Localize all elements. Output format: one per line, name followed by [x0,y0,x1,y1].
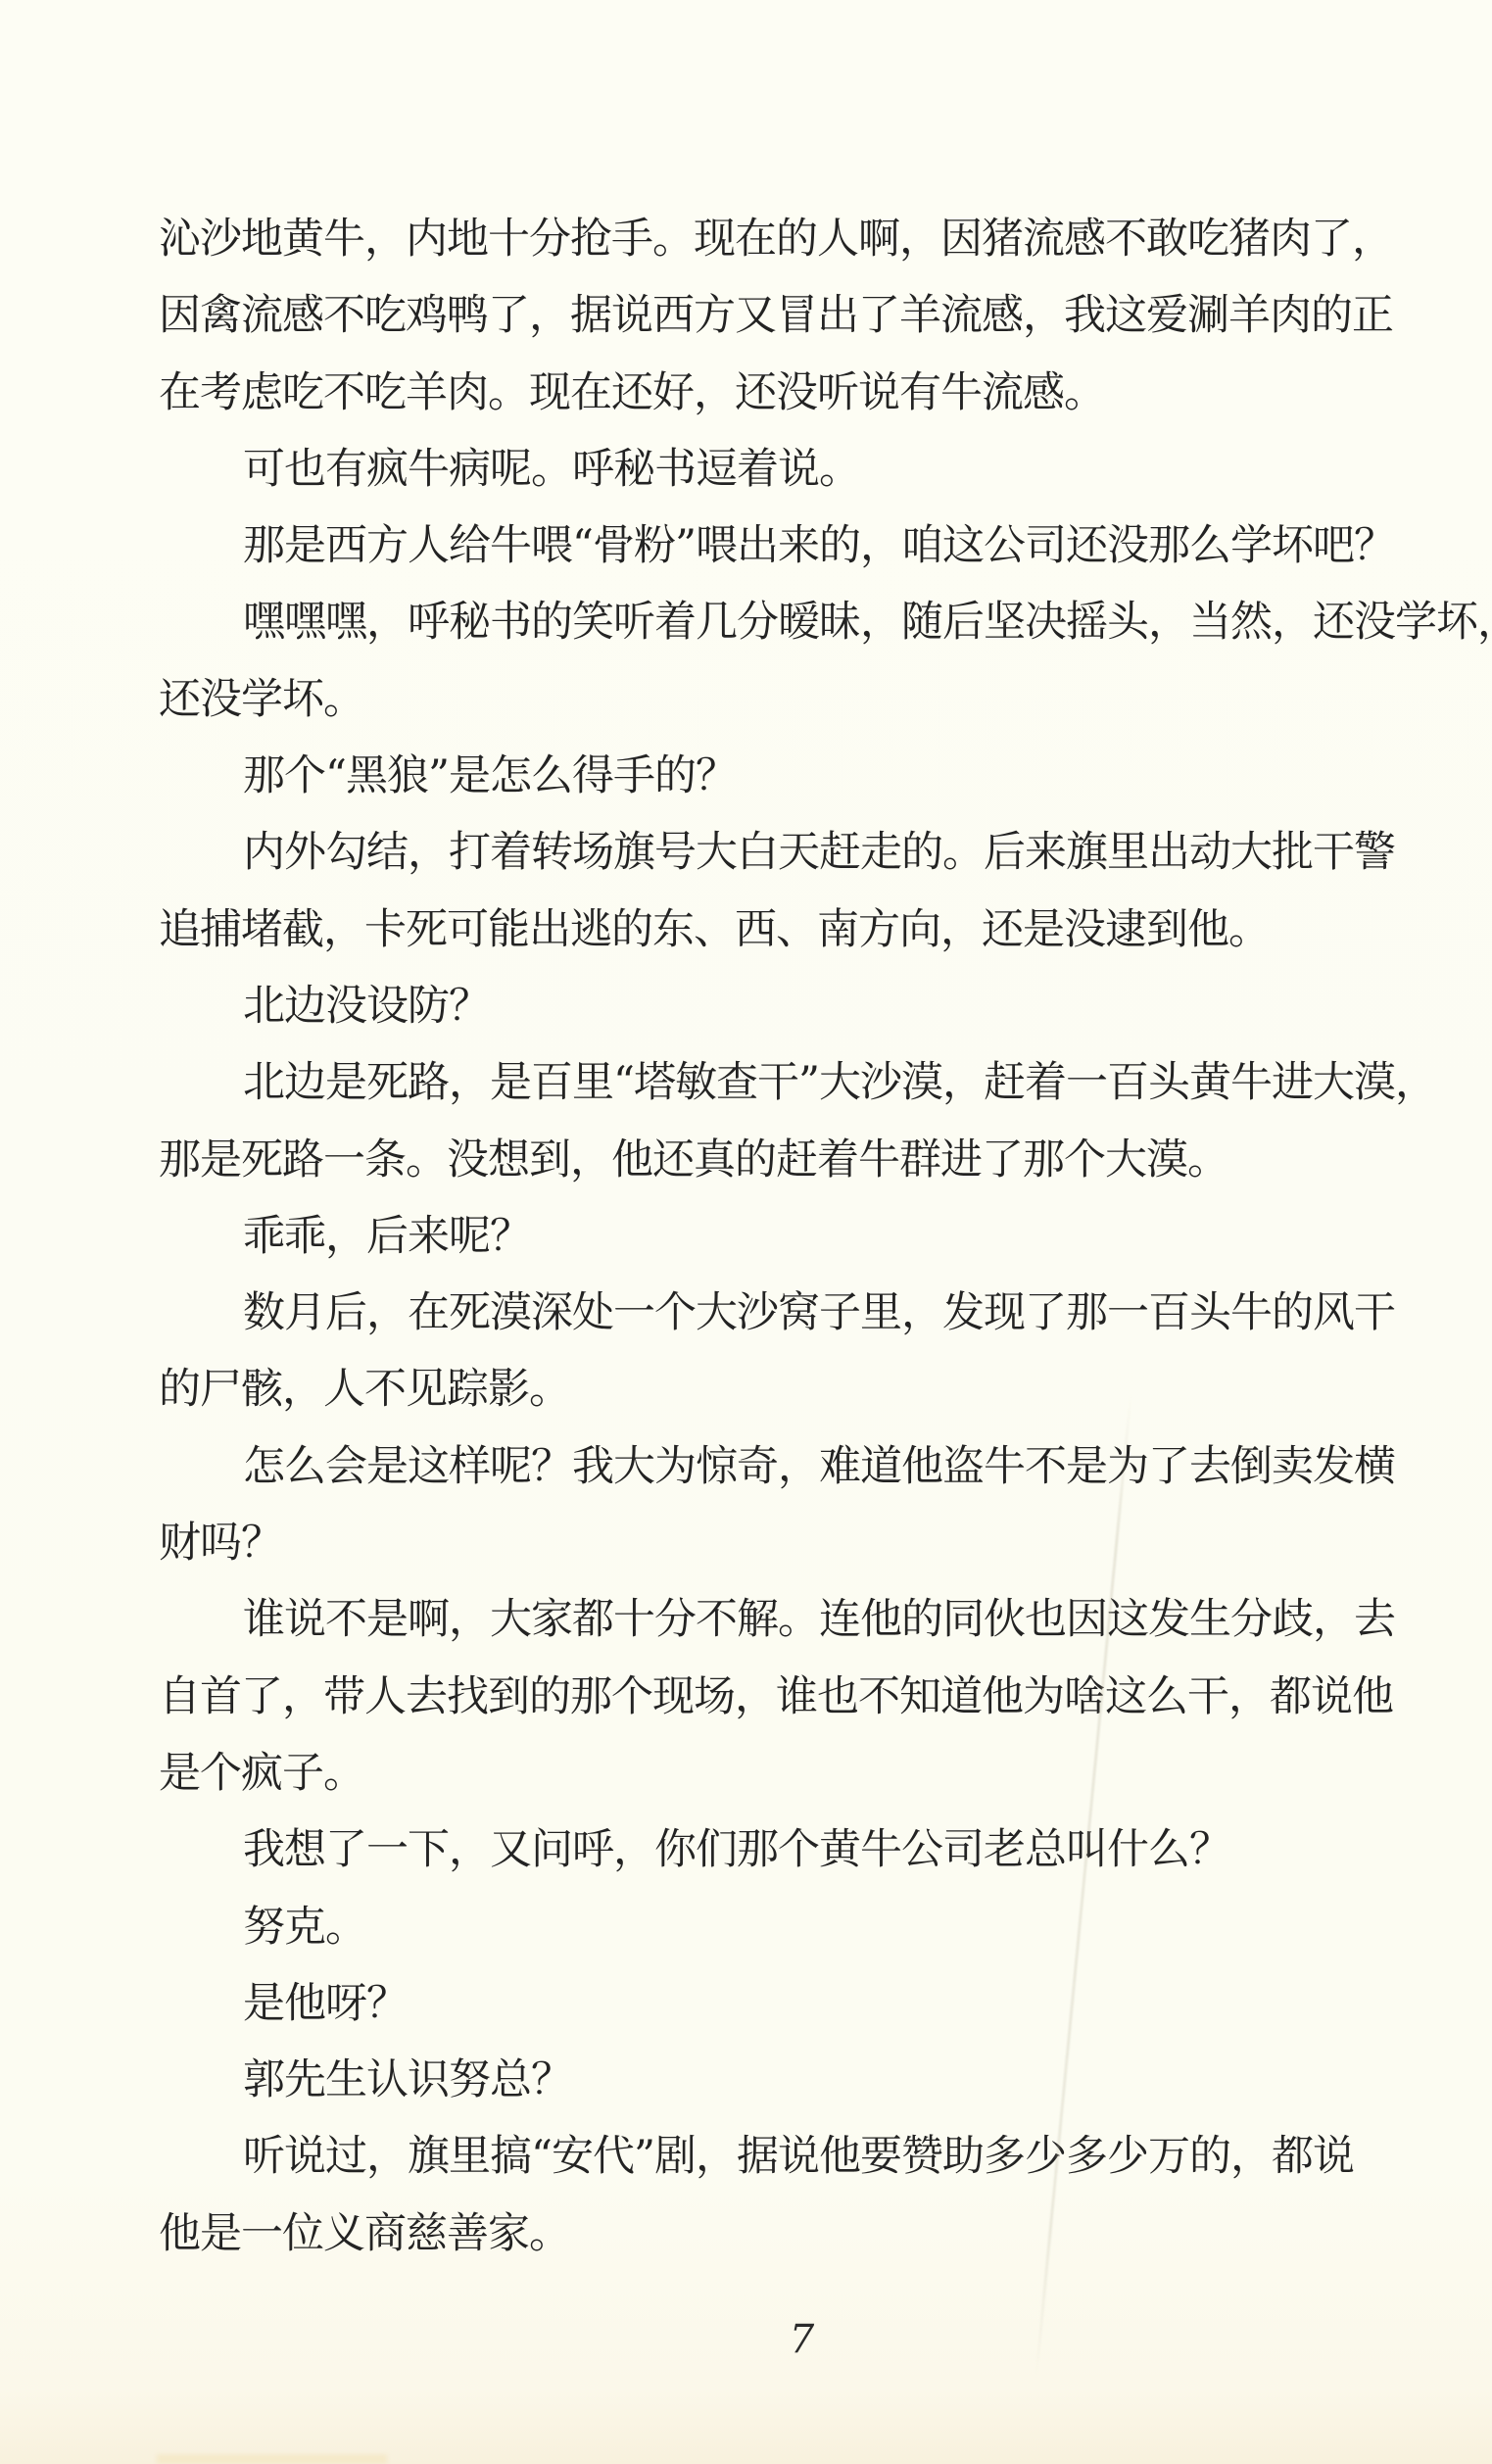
text-line: 北边没设防？ [159,968,1373,1044]
text-line: 那个“黑狼”是怎么得手的？ [159,738,1373,814]
text-line: 自首了，带人去找到的那个现场，谁也不知道他为啥这么干，都说他 [159,1659,1373,1735]
text-line: 是个疯子。 [159,1735,1373,1812]
text-line: 那是死路一条。没想到，他还真的赶着牛群进了那个大漠。 [159,1122,1373,1198]
text-line: 可也有疯牛病呢。呼秘书逗着说。 [159,431,1373,507]
page-number-value: 7 [790,2317,814,2362]
text-line: 是他呀？ [159,1965,1373,2042]
text-line: 嘿嘿嘿，呼秘书的笑听着几分暧昧，随后坚决摇头，当然，还没学坏， [159,584,1373,660]
page-number: 7 [0,2317,1492,2362]
scan-shadow [157,2454,387,2464]
text-line: 听说过，旗里搞“安代”剧，据说他要赞助多少多少万的，都说 [159,2118,1373,2195]
text-line: 他是一位义商慈善家。 [159,2196,1373,2272]
text-line: 北边是死路，是百里“塔敏查干”大沙漠，赶着一百头黄牛进大漠， [159,1044,1373,1121]
text-line: 我想了一下，又问呼，你们那个黄牛公司老总叫什么？ [159,1812,1373,1888]
text-line: 那是西方人给牛喂“骨粉”喂出来的，咱这公司还没那么学坏吧？ [159,507,1373,584]
text-line: 内外勾结，打着转场旗号大白天赶走的。后来旗里出动大批干警 [159,814,1373,891]
text-line: 努克。 [159,1889,1373,1965]
text-block: 沁沙地黄牛，内地十分抢手。现在的人啊，因猪流感不敢吃猪肉了， 因禽流感不吃鸡鸭了… [159,201,1373,2272]
book-page: 沁沙地黄牛，内地十分抢手。现在的人啊，因猪流感不敢吃猪肉了， 因禽流感不吃鸡鸭了… [0,0,1492,2464]
text-line: 乖乖，后来呢？ [159,1198,1373,1275]
text-line: 财吗？ [159,1505,1373,1581]
text-line: 数月后，在死漠深处一个大沙窝子里，发现了那一百头牛的风干 [159,1275,1373,1351]
text-line: 在考虑吃不吃羊肉。现在还好，还没听说有牛流感。 [159,355,1373,431]
text-line: 因禽流感不吃鸡鸭了，据说西方又冒出了羊流感，我这爱涮羊肉的正 [159,277,1373,354]
text-line: 追捕堵截，卡死可能出逃的东、西、南方向，还是没逮到他。 [159,892,1373,968]
text-line: 沁沙地黄牛，内地十分抢手。现在的人啊，因猪流感不敢吃猪肉了， [159,201,1373,277]
text-line: 还没学坏。 [159,661,1373,738]
text-line: 谁说不是啊，大家都十分不解。连他的同伙也因这发生分歧，去 [159,1581,1373,1658]
text-line: 的尸骸，人不见踪影。 [159,1351,1373,1427]
text-line: 郭先生认识努总？ [159,2042,1373,2118]
text-line: 怎么会是这样呢？我大为惊奇，难道他盗牛不是为了去倒卖发横 [159,1428,1373,1505]
